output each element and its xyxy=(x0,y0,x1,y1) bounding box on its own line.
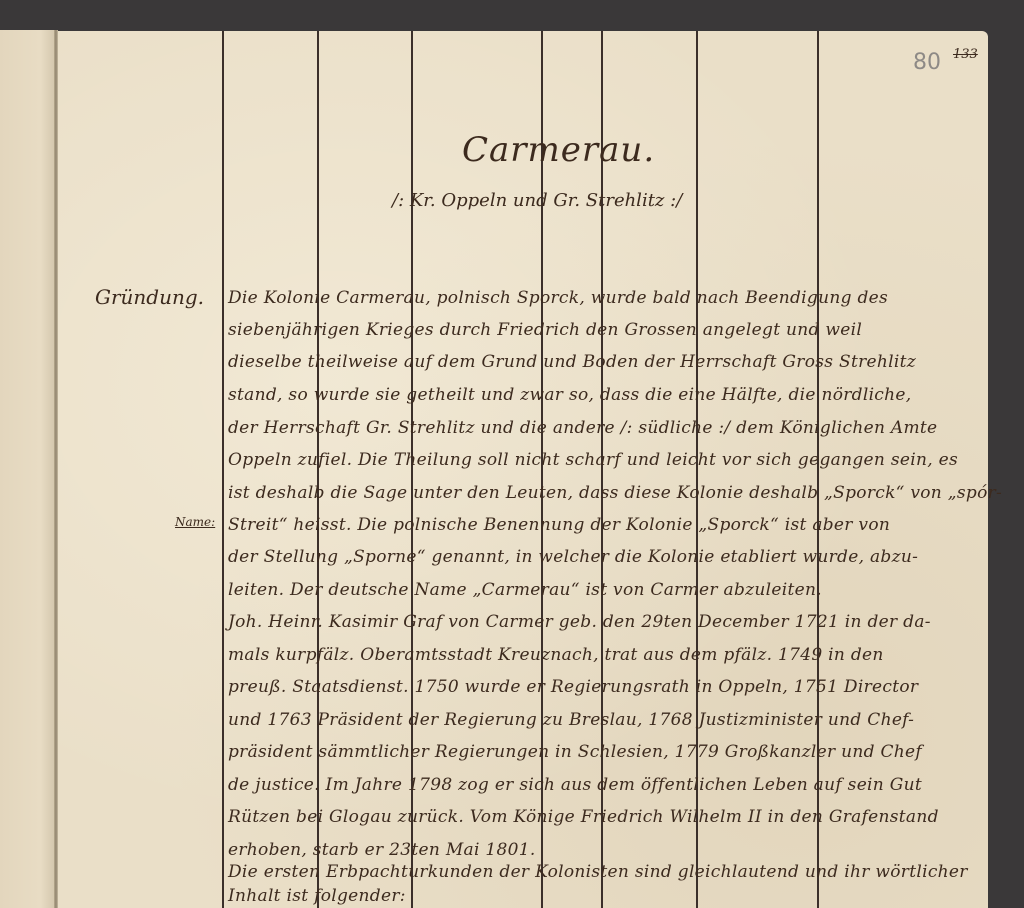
text-line: leiten. Der deutsche Name „Carmerau“ ist… xyxy=(228,580,822,600)
text-line: Streit“ heisst. Die polnische Benennung … xyxy=(228,515,890,535)
text-line: dieselbe theilweise auf dem Grund und Bo… xyxy=(228,352,916,372)
text-line: Die Kolonie Carmerau, polnisch Sporck, w… xyxy=(228,288,888,308)
margin-label-founding: Gründung. xyxy=(95,285,204,309)
column-rule xyxy=(222,31,224,908)
margin-label-name: Name: xyxy=(175,515,215,529)
text-line: der Stellung „Sporne“ genannt, in welche… xyxy=(228,547,918,567)
text-line: Die ersten Erbpachturkunden der Kolonist… xyxy=(228,862,968,882)
text-line: siebenjährigen Krieges durch Friedrich d… xyxy=(228,320,862,340)
crossed-folio-number: 133 xyxy=(953,47,978,62)
text-line: Inhalt ist folgender: xyxy=(228,886,406,906)
text-line: erhoben, starb er 23ten Mai 1801. xyxy=(228,840,536,860)
left-page-edge xyxy=(0,30,58,908)
text-line: de justice. Im Jahre 1798 zog er sich au… xyxy=(228,775,922,795)
text-line: preuß. Staatsdienst. 1750 wurde er Regie… xyxy=(228,677,918,697)
page-subtitle: /: Kr. Oppeln und Gr. Strehlitz :/ xyxy=(392,190,682,211)
text-line: Oppeln zufiel. Die Theilung soll nicht s… xyxy=(228,450,958,470)
text-line: und 1763 Präsident der Regierung zu Bres… xyxy=(228,710,914,730)
text-line: präsident sämmtlicher Regierungen in Sch… xyxy=(228,742,922,762)
text-line: Joh. Heinr. Kasimir Graf von Carmer geb.… xyxy=(228,612,931,632)
text-line: stand, so wurde sie getheilt und zwar so… xyxy=(228,385,911,405)
text-line: ist deshalb die Sage unter den Leuten, d… xyxy=(228,483,1002,503)
text-line: Rützen bei Glogau zurück. Vom Könige Fri… xyxy=(228,807,939,827)
text-line: der Herrschaft Gr. Strehlitz und die and… xyxy=(228,418,937,438)
pencil-page-number: 80 xyxy=(913,50,941,75)
page-title: Carmerau. xyxy=(462,130,655,170)
text-line: mals kurpfälz. Oberamtsstadt Kreuznach, … xyxy=(228,645,884,665)
